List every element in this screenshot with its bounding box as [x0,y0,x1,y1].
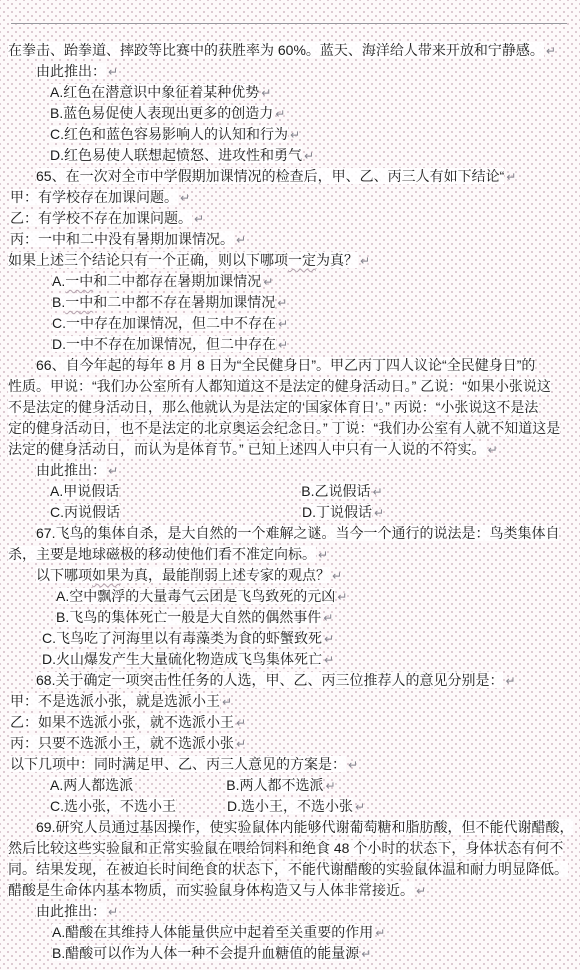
text-line: 甲：不是选派小张，就是选派小王↵ [8,691,574,712]
text-run: C.选小张，不选小王 [50,798,176,814]
column-tab-space [120,516,302,517]
text-line: 不是法定的健身活动日，那么他就认为是法定的‘国家体育日’。” 丙说：“小张说这不… [8,397,574,418]
paragraph-mark-icon: ↵ [375,926,385,940]
paragraph-mark-icon: ↵ [506,170,516,184]
paragraph-mark-icon: ↵ [416,884,426,898]
column-tab-space [119,495,301,496]
text-run: A.甲说假话 [50,483,119,499]
text-run: 甲：有学校存在加课问题。 [10,189,178,205]
text-line: 法定的健身活动日，而认为是体育节。” 已知上述四人中只有一人说的不符实。↵ [8,439,574,460]
text-run: C.飞鸟吃了河海里以有毒藻类为食的虾蟹致死 [42,630,322,646]
text-run: 甲：不是选派小张，就是选派小王 [10,693,220,709]
text-run: D.一中不存在加课情况，但二中存在 [52,336,276,352]
text-line: B.飞鸟的集体死亡一般是大自然的偶然事件↵ [8,607,574,628]
paragraph-mark-icon: ↵ [361,947,371,961]
text-line: 丙：只要不选派小王，就不选派小张↵ [8,733,574,754]
paragraph-mark-icon: ↵ [180,191,190,205]
text-line: 以下几项中：同时满足甲、乙、丙三人意见的方案是：↵ [8,754,574,775]
paragraph-mark-icon: ↵ [324,632,334,646]
text-line: 定的健身活动日，也不是法定的北京奥运会纪念日。” 丁说：“我们办公室有人就不知道… [8,418,574,439]
text-line: 69.研究人员通过基因操作，使实验鼠体内能够代谢葡萄糖和脂肪酸，但不能代谢醋酸， [8,817,574,838]
text-line: 68.关于确定一项突击性任务的人选，甲、乙、丙三位推荐人的意见分别是：↵ [8,670,574,691]
text-line: A.空中飘浮的大量毒气云团是飞鸟致死的元凶↵ [8,586,574,607]
text-run: 如果上述三个结论只有一个正确，则以下哪项 [8,252,288,268]
document-body: 在拳击、跆拳道、摔跤等比赛中的获胜率为 60%。蓝天、海洋给人带来开放和宁静感。… [8,40,574,964]
text-run: B.蓝色易促使人表现出更多的创造力 [50,105,273,121]
text-run: 由此推出： [36,462,106,478]
text-run: 醋酸是生命体内基本物质，而实验鼠身体构造又与人体非常接近。 [8,882,414,898]
paragraph-mark-icon: ↵ [236,233,246,247]
text-run: D.火山爆发产生大量硫化物造成飞鸟集体死亡 [42,651,322,667]
text-run: 法定的健身活动日，而认为是体育节。” 已知上述四人中只有一人说的不符实。 [8,441,486,457]
paragraph-mark-icon: ↵ [236,716,246,730]
text-run: 65、在一次对全市中学假期加课情况的检查后，甲、乙、丙三人有如下结论“ [36,168,504,184]
text-run: 不是法定的健身活动日，那么他就认为是法定的‘国家体育日’。” 丙说：“小张说这不… [8,399,538,415]
text-line: C.丙说假话D.丁说假话↵ [8,502,574,523]
text-run: 以下几项中：同时满足甲、乙、丙三人意见的方案是： [10,756,346,772]
text-run: 然后比较这些实验鼠和正常实验鼠在喂给饲料和绝食 48 个小时的状态下，身体状态有… [8,840,563,856]
paragraph-mark-icon: ↵ [222,695,232,709]
text-run: 性质。甲说：“我们办公室所有人都知道这不是法定的健身活动日。” 乙说：“如果小张… [8,378,551,394]
text-line: A.两人都选派B.两人都不选派↵ [8,775,574,796]
paragraph-mark-icon: ↵ [360,254,370,268]
spellcheck-squiggle-text: 一中 [65,294,93,310]
page-top-rule [11,23,567,24]
paragraph-mark-icon: ↵ [332,569,342,583]
paragraph-mark-icon: ↵ [278,338,288,352]
text-line: D.红色易使人联想起愤怒、进攻性和勇气↵ [8,145,574,166]
text-run: C.红色和蓝色容易影响人的认知和行为 [50,126,288,142]
text-line: 乙：有学校不存在加课问题。↵ [8,208,574,229]
text-run: 丙：只要不选派小王，就不选派小张 [10,735,234,751]
text-run: A.两人都选派 [50,777,133,793]
text-line: A.红色在潜意识中象征着某种优势↵ [8,82,574,103]
paragraph-mark-icon: ↵ [304,149,314,163]
text-line: 醋酸是生命体内基本物质，而实验鼠身体构造又与人体非常接近。↵ [8,880,574,901]
text-run: 68.关于确定一项突击性任务的人选，甲、乙、丙三位推荐人的意见分别是： [36,672,503,688]
text-run: 杀，主要是地球磁极的移动使他们看不准定向标。 [8,546,316,562]
paragraph-mark-icon: ↵ [277,296,287,310]
text-run: 由此推出： [36,903,106,919]
paragraph-mark-icon: ↵ [194,212,204,226]
paragraph-mark-icon: ↵ [290,128,300,142]
text-line: 在拳击、跆拳道、摔跤等比赛中的获胜率为 60%。蓝天、海洋给人带来开放和宁静感。… [8,40,574,61]
paragraph-mark-icon: ↵ [348,758,358,772]
text-line: 以下哪项如果为真，最能削弱上述专家的观点？↵ [8,565,574,586]
paragraph-mark-icon: ↵ [236,737,246,751]
text-run: 乙：有学校不存在加课问题。 [10,210,192,226]
paragraph-mark-icon: ↵ [108,905,118,919]
text-line: 由此推出：↵ [8,61,574,82]
paragraph-mark-icon: ↵ [263,275,273,289]
paragraph-mark-icon: ↵ [275,107,285,121]
column-tab-space [176,810,227,811]
text-line: 然后比较这些实验鼠和正常实验鼠在喂给饲料和绝食 48 个小时的状态下，身体状态有… [8,838,574,859]
text-line: C.选小张，不选小王D.选小王，不选小张↵ [8,796,574,817]
text-run: 66、自今年起的每年 8 月 8 日为“全民健身日”。甲乙丙丁四人议论“全民健身… [36,357,535,373]
text-run: B.乙说假话 [301,483,370,499]
paragraph-mark-icon: ↵ [323,611,333,625]
text-line: 65、在一次对全市中学假期加课情况的检查后，甲、乙、丙三人有如下结论“↵ [8,166,574,187]
text-line: 丙：一中和二中没有暑期加课情况。↵ [8,229,574,250]
text-line: C.飞鸟吃了河海里以有毒藻类为食的虾蟹致死↵ [8,628,574,649]
text-run: 由此推出： [36,63,106,79]
paragraph-mark-icon: ↵ [355,800,365,814]
paragraph-mark-icon: ↵ [325,779,335,793]
text-line: D.一中不存在加课情况，但二中存在↵ [8,334,574,355]
text-line: C.红色和蓝色容易影响人的认知和行为↵ [8,124,574,145]
text-run: 69.研究人员通过基因操作，使实验鼠体内能够代谢葡萄糖和脂肪酸，但不能代谢醋酸， [36,819,573,835]
column-tab-space [133,789,226,790]
paragraph-mark-icon: ↵ [318,548,328,562]
paragraph-mark-icon: ↵ [374,506,384,520]
text-run: C.丙说假话 [50,504,120,520]
text-line: B.一中和二中都不存在暑期加课情况↵ [8,292,574,313]
text-run: A.红色在潜意识中象征着某种优势 [50,84,259,100]
paragraph-mark-icon: ↵ [108,65,118,79]
text-run: B.飞鸟的集体死亡一般是大自然的偶然事件 [56,609,321,625]
text-run: A.醋酸在其维持人体能量供应中起着至关重要的作用 [52,924,373,940]
text-line: A.一中和二中都存在暑期加课情况↵ [8,271,574,292]
text-run: 在拳击、跆拳道、摔跤等比赛中的获胜率为 60%。蓝天、海洋给人带来开放和宁静感。 [8,42,544,58]
text-line: 如果上述三个结论只有一个正确，则以下哪项一定为真？↵ [8,250,574,271]
text-run: 以下哪项 [36,567,92,583]
text-line: C.一中存在加课情况，但二中不存在↵ [8,313,574,334]
text-run: B.两人都不选派 [226,777,323,793]
text-line: 由此推出：↵ [8,460,574,481]
text-run: 定的健身活动日，也不是法定的北京奥运会纪念日。” 丁说：“我们办公室有人就不知道… [8,420,560,436]
text-line: 杀，主要是地球磁极的移动使他们看不准定向标。↵ [8,544,574,565]
paragraph-mark-icon: ↵ [505,674,515,688]
text-line: A.甲说假话B.乙说假话↵ [8,481,574,502]
text-run: D.丁说假话 [302,504,372,520]
text-run: D.红色易使人联想起愤怒、进攻性和勇气 [50,147,302,163]
text-run: 丙：一中和二中没有暑期加课情况。 [10,231,234,247]
paragraph-mark-icon: ↵ [488,443,498,457]
text-line: 同。结果发现，在被迫长时间绝食的状态下，不能代谢醋酸的实验鼠体温和耐力明显降低。 [8,859,574,880]
paragraph-mark-icon: ↵ [324,653,334,667]
text-run: B. [52,294,65,310]
text-line: B.醋酸可以作为人体一种不会提升血糖值的能量源↵ [8,943,574,964]
spellcheck-squiggle-text: 如果 [92,567,120,583]
spellcheck-squiggle-text: 一中 [65,273,93,289]
paragraph-mark-icon: ↵ [108,464,118,478]
text-line: 乙：如果不选派小张，就不选派小王↵ [8,712,574,733]
text-run: 和二中都存在暑期加课情况 [93,273,261,289]
text-run: 同。结果发现，在被迫长时间绝食的状态下，不能代谢醋酸的实验鼠体温和耐力明显降低。 [8,861,568,877]
text-line: 66、自今年起的每年 8 月 8 日为“全民健身日”。甲乙丙丁四人议论“全民健身… [8,355,574,376]
text-line: 甲：有学校存在加课问题。↵ [8,187,574,208]
text-run: A.空中飘浮的大量毒气云团是飞鸟致死的元凶 [56,588,335,604]
text-run: 和二中都不存在暑期加课情况 [93,294,275,310]
text-line: 由此推出：↵ [8,901,574,922]
text-run: 67.飞鸟的集体自杀，是大自然的一个难解之谜。当今一个通行的说法是：鸟类集体自 [36,525,559,541]
paragraph-mark-icon: ↵ [372,485,382,499]
spellcheck-squiggle-text: 一定 [288,252,316,268]
text-line: 67.飞鸟的集体自杀，是大自然的一个难解之谜。当今一个通行的说法是：鸟类集体自 [8,523,574,544]
text-run: A. [52,273,65,289]
paragraph-mark-icon: ↵ [278,317,288,331]
paragraph-mark-icon: ↵ [546,44,556,58]
text-run: 乙：如果不选派小张，就不选派小王 [10,714,234,730]
text-run: 为真？ [316,252,358,268]
text-line: A.醋酸在其维持人体能量供应中起着至关重要的作用↵ [8,922,574,943]
text-line: D.火山爆发产生大量硫化物造成飞鸟集体死亡↵ [8,649,574,670]
document-page: 在拳击、跆拳道、摔跤等比赛中的获胜率为 60%。蓝天、海洋给人带来开放和宁静感。… [0,0,580,970]
text-line: B.蓝色易促使人表现出更多的创造力↵ [8,103,574,124]
paragraph-mark-icon: ↵ [337,590,347,604]
text-line: 性质。甲说：“我们办公室所有人都知道这不是法定的健身活动日。” 乙说：“如果小张… [8,376,574,397]
text-run: B.醋酸可以作为人体一种不会提升血糖值的能量源 [52,945,359,961]
paragraph-mark-icon: ↵ [261,86,271,100]
text-run: C.一中存在加课情况，但二中不存在 [52,315,276,331]
text-run: D.选小王，不选小张 [227,798,353,814]
text-run: 为真，最能削弱上述专家的观点？ [120,567,330,583]
